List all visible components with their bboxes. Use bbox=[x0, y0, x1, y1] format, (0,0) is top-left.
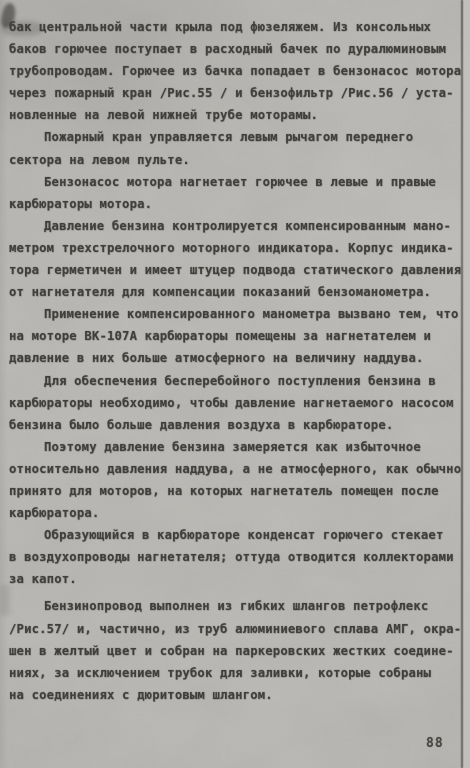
text-line: на соединениях с дюритовым шлангом. bbox=[9, 684, 464, 706]
text-line: баков горючее поступает в расходный баче… bbox=[9, 38, 464, 60]
text-line: Поэтому давление бензина замеряется как … bbox=[9, 436, 464, 458]
text-line: /Рис.57/ и, частично, из труб алюминиево… bbox=[9, 618, 464, 640]
text-line: на моторе ВК-107А карбюраторы помещены з… bbox=[9, 325, 464, 347]
scanned-page: бак центральной части крыла под фюзеляже… bbox=[0, 0, 470, 768]
text-line: Образующийся в карбюраторе конденсат гор… bbox=[9, 524, 464, 546]
text-line: от нагнетателя для компенсации показаний… bbox=[9, 281, 464, 303]
text-line: относительно давления наддува, а не атмо… bbox=[9, 458, 464, 480]
page-edge-line bbox=[461, 0, 463, 768]
text-line: метром трехстрелочного моторного индикат… bbox=[9, 237, 464, 259]
text-line: ниях, за исключением трубок для заливки,… bbox=[9, 662, 464, 684]
text-line: Пожарный кран управляется левым рычагом … bbox=[9, 126, 464, 148]
text-line: бак центральной части крыла под фюзеляже… bbox=[9, 16, 464, 38]
page-number: 88 bbox=[426, 736, 444, 751]
text-line: Для обеспечения бесперебойного поступлен… bbox=[9, 370, 464, 392]
text-line: новленные на левой нижней трубе моторамы… bbox=[9, 104, 464, 126]
text-line: карбюраторы необходимо, чтобы давление н… bbox=[9, 392, 464, 414]
text-line: через пожарный кран /Рис.55 / и бензофил… bbox=[9, 82, 464, 104]
page-edge-strip bbox=[463, 0, 470, 768]
text-line: карбюраторы мотора. bbox=[9, 193, 464, 215]
text-line: бензина было больше давления воздуха в к… bbox=[9, 414, 464, 436]
text-line: карбюратора. bbox=[9, 502, 464, 524]
text-line: принято для моторов, на которых нагнетат… bbox=[9, 480, 464, 502]
text-line: Бензинопровод выполнен из гибких шлангов… bbox=[9, 595, 464, 617]
text-line: Бензонасос мотора нагнетает горючее в ле… bbox=[9, 171, 464, 193]
text-line: тора герметичен и имеет штуцер подвода с… bbox=[9, 259, 464, 281]
text-line: сектора на левом пульте. bbox=[9, 149, 464, 171]
text-line: в воздухопроводы нагнетателя; оттуда отв… bbox=[9, 546, 464, 568]
text-line: за капот. bbox=[9, 568, 464, 590]
text-lines: бак центральной части крыла под фюзеляже… bbox=[9, 16, 464, 706]
text-line: давление в них больше атмосферного на ве… bbox=[9, 347, 464, 369]
text-line: Давление бензина контролируется компенси… bbox=[9, 215, 464, 237]
text-line: шен в желтый цвет и собран на паркеровск… bbox=[9, 640, 464, 662]
text-line: трубопроводам. Горючее из бачка попадает… bbox=[9, 60, 464, 82]
text-line: Применение компенсированного манометра в… bbox=[9, 303, 464, 325]
